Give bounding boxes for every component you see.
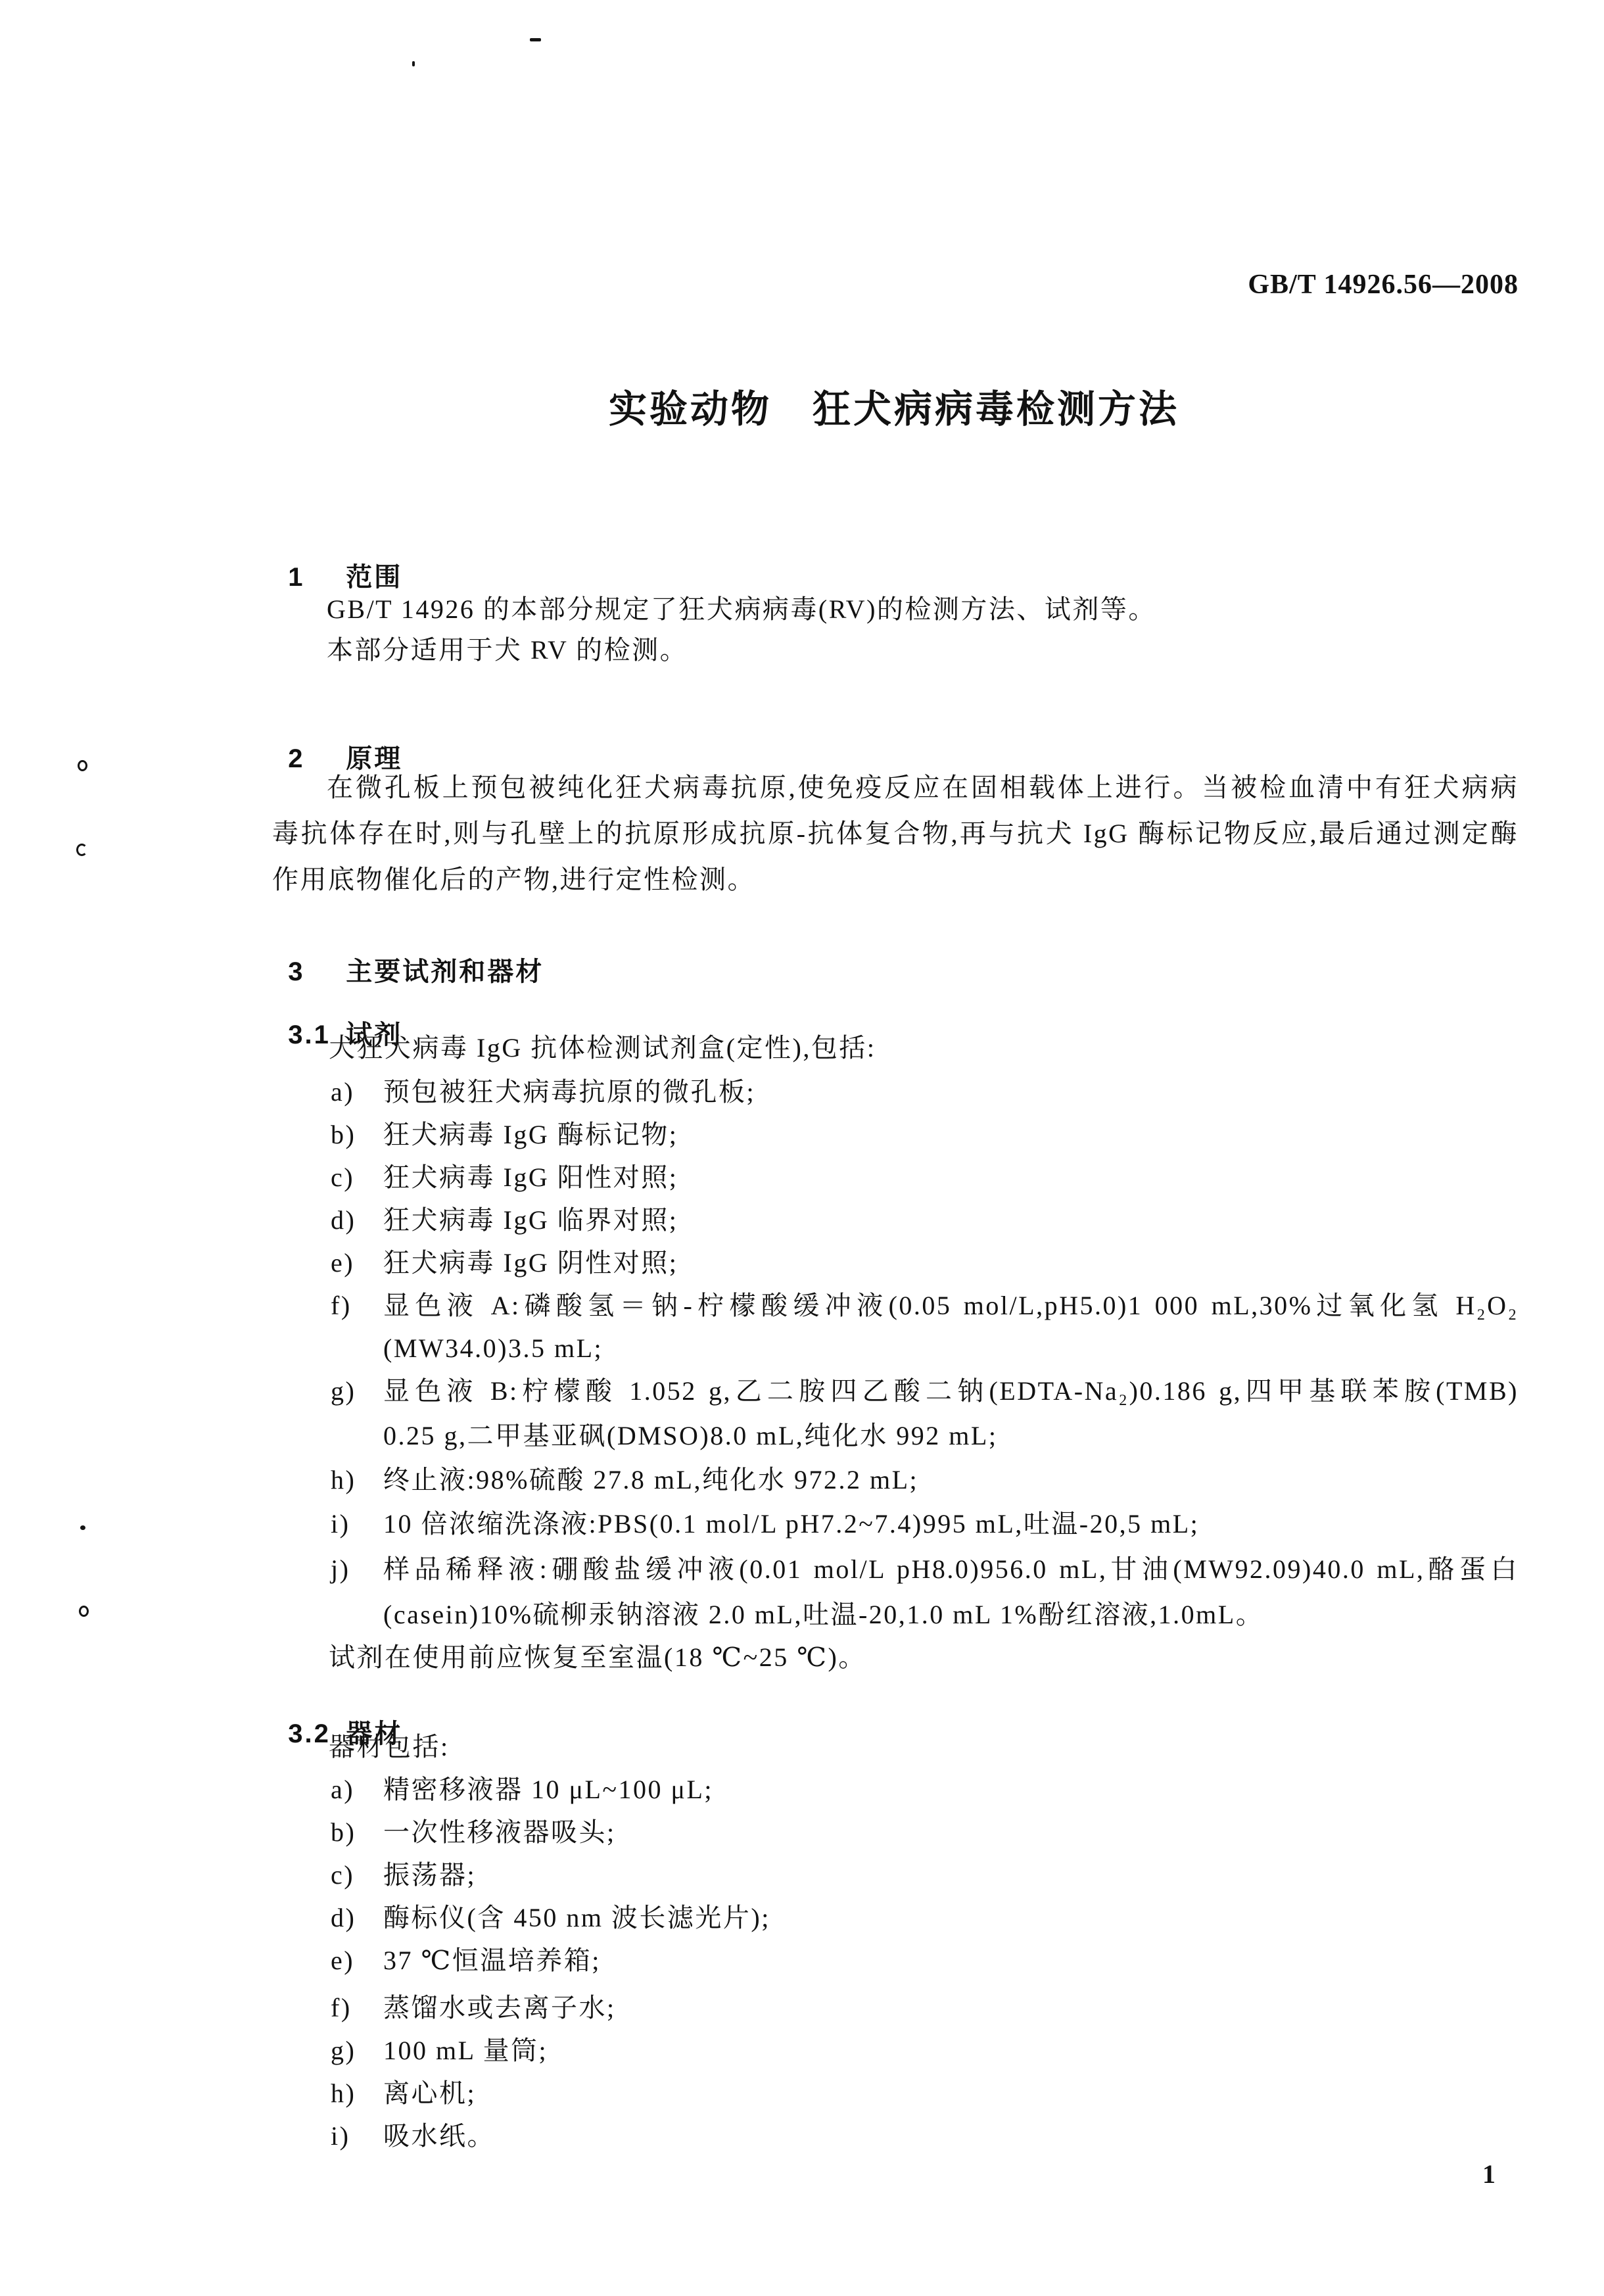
section-1-heading: 1范围 — [270, 530, 402, 593]
list-item-text: 吸水纸。 — [383, 2120, 495, 2152]
scan-artifact-dash — [530, 38, 541, 41]
list-item-text: 离心机; — [383, 2078, 476, 2109]
list-item-text: 终止液:98%硫酸 27.8 mL,纯化水 972.2 mL; — [383, 1464, 918, 1496]
section-3-1-intro: 犬狂犬病毒 IgG 抗体检测试剂盒(定性),包括: — [329, 1032, 876, 1064]
section-3-heading: 3主要试剂和器材 — [270, 924, 544, 988]
list-item-letter: i) — [331, 2120, 350, 2152]
list-item-letter: d) — [331, 1205, 356, 1236]
list-item-text: 样品稀释液:硼酸盐缓冲液(0.01 mol/L pH8.0)956.0 mL,甘… — [383, 1554, 1519, 1585]
list-item-text: 振荡器; — [383, 1859, 476, 1891]
list-item-text: 一次性移液器吸头; — [383, 1817, 616, 1848]
scan-artifact-c-mark — [76, 844, 87, 856]
section-2-number: 2 — [288, 743, 346, 775]
list-item-text: 100 mL 量筒; — [383, 2035, 548, 2067]
list-item-text: 狂犬病毒 IgG 酶标记物; — [383, 1119, 678, 1151]
list-item-letter: a) — [331, 1774, 354, 1806]
section-2-heading: 2原理 — [270, 711, 402, 775]
section-1-paragraph-1: GB/T 14926 的本部分规定了狂犬病病毒(RV)的检测方法、试剂等。 — [327, 594, 1156, 625]
section-2-line-1: 在微孔板上预包被纯化狂犬病毒抗原,使免疫反应在固相载体上进行。当被检血清中有狂犬… — [327, 772, 1519, 803]
list-item-text: 显色液 B:柠檬酸 1.052 g,乙二胺四乙酸二钠(EDTA-Na₂)0.18… — [383, 1375, 1519, 1407]
page-title: 实验动物 狂犬病病毒检测方法 — [270, 387, 1519, 433]
list-item-letter: d) — [331, 1902, 356, 1934]
list-item-text-cont: (casein)10%硫柳汞钠溶液 2.0 mL,吐温-20,1.0 mL 1%… — [383, 1599, 1263, 1631]
list-item-letter: c) — [331, 1859, 354, 1891]
list-item-text: 显色液 A:磷酸氢＝钠-柠檬酸缓冲液(0.05 mol/L,pH5.0)1 00… — [383, 1290, 1519, 1322]
list-item-text-cont: 0.25 g,二甲基亚砜(DMSO)8.0 mL,纯化水 992 mL; — [383, 1420, 997, 1452]
list-item-text: 10 倍浓缩洗涤液:PBS(0.1 mol/L pH7.2~7.4)995 mL… — [383, 1508, 1199, 1540]
list-item-text: 精密移液器 10 μL~100 μL; — [383, 1774, 713, 1806]
list-item-letter: e) — [331, 1945, 354, 1976]
scan-artifact-speck — [80, 1525, 85, 1530]
list-item-letter: f) — [331, 1290, 352, 1322]
section-1-number: 1 — [288, 562, 346, 593]
section-1-title: 范围 — [346, 563, 402, 592]
section-2-title: 原理 — [346, 744, 402, 773]
section-3-1-note: 试剂在使用前应恢复至室温(18 ℃~25 ℃)。 — [329, 1642, 866, 1673]
list-item-letter: b) — [331, 1817, 356, 1848]
list-item-letter: b) — [331, 1119, 356, 1151]
section-3-title: 主要试剂和器材 — [346, 957, 544, 986]
list-item-text: 狂犬病毒 IgG 临界对照; — [383, 1205, 678, 1236]
list-item-letter: h) — [331, 1464, 356, 1496]
scan-artifact-ring — [78, 760, 87, 771]
section-3-number: 3 — [288, 956, 346, 988]
section-2-line-2: 毒抗体存在时,则与孔壁上的抗原形成抗原-抗体复合物,再与抗犬 IgG 酶标记物反… — [272, 818, 1519, 849]
list-item-text: 酶标仪(含 450 nm 波长滤光片); — [383, 1902, 770, 1934]
list-item-letter: h) — [331, 2078, 356, 2109]
page-number: 1 — [1482, 2159, 1498, 2190]
list-item-text: 预包被狂犬病毒抗原的微孔板; — [383, 1076, 755, 1108]
scan-artifact-ring-2 — [79, 1606, 89, 1617]
scan-artifact-dot — [412, 61, 415, 66]
list-item-text-cont: (MW34.0)3.5 mL; — [383, 1333, 603, 1364]
list-item-text: 狂犬病毒 IgG 阳性对照; — [383, 1162, 678, 1193]
list-item-text: 狂犬病毒 IgG 阴性对照; — [383, 1247, 678, 1279]
list-item-letter: j) — [331, 1554, 350, 1585]
list-item-text: 蒸馏水或去离子水; — [383, 1992, 616, 2024]
list-item-letter: f) — [331, 1992, 352, 2024]
list-item-letter: g) — [331, 2035, 356, 2067]
doc-number: GB/T 14926.56—2008 — [270, 268, 1519, 301]
section-2-line-3: 作用底物催化后的产物,进行定性检测。 — [272, 864, 755, 896]
section-3-2-intro: 器材包括: — [329, 1731, 450, 1763]
list-item-letter: e) — [331, 1247, 354, 1279]
list-item-letter: a) — [331, 1076, 354, 1108]
list-item-letter: c) — [331, 1162, 354, 1193]
list-item-letter: i) — [331, 1508, 350, 1540]
section-1-paragraph-2: 本部分适用于犬 RV 的检测。 — [327, 634, 688, 666]
list-item-text: 37 ℃恒温培养箱; — [383, 1945, 601, 1976]
list-item-letter: g) — [331, 1375, 356, 1407]
document-page: { "page_number": "1", "doc_number": "GB/… — [0, 0, 1604, 2296]
